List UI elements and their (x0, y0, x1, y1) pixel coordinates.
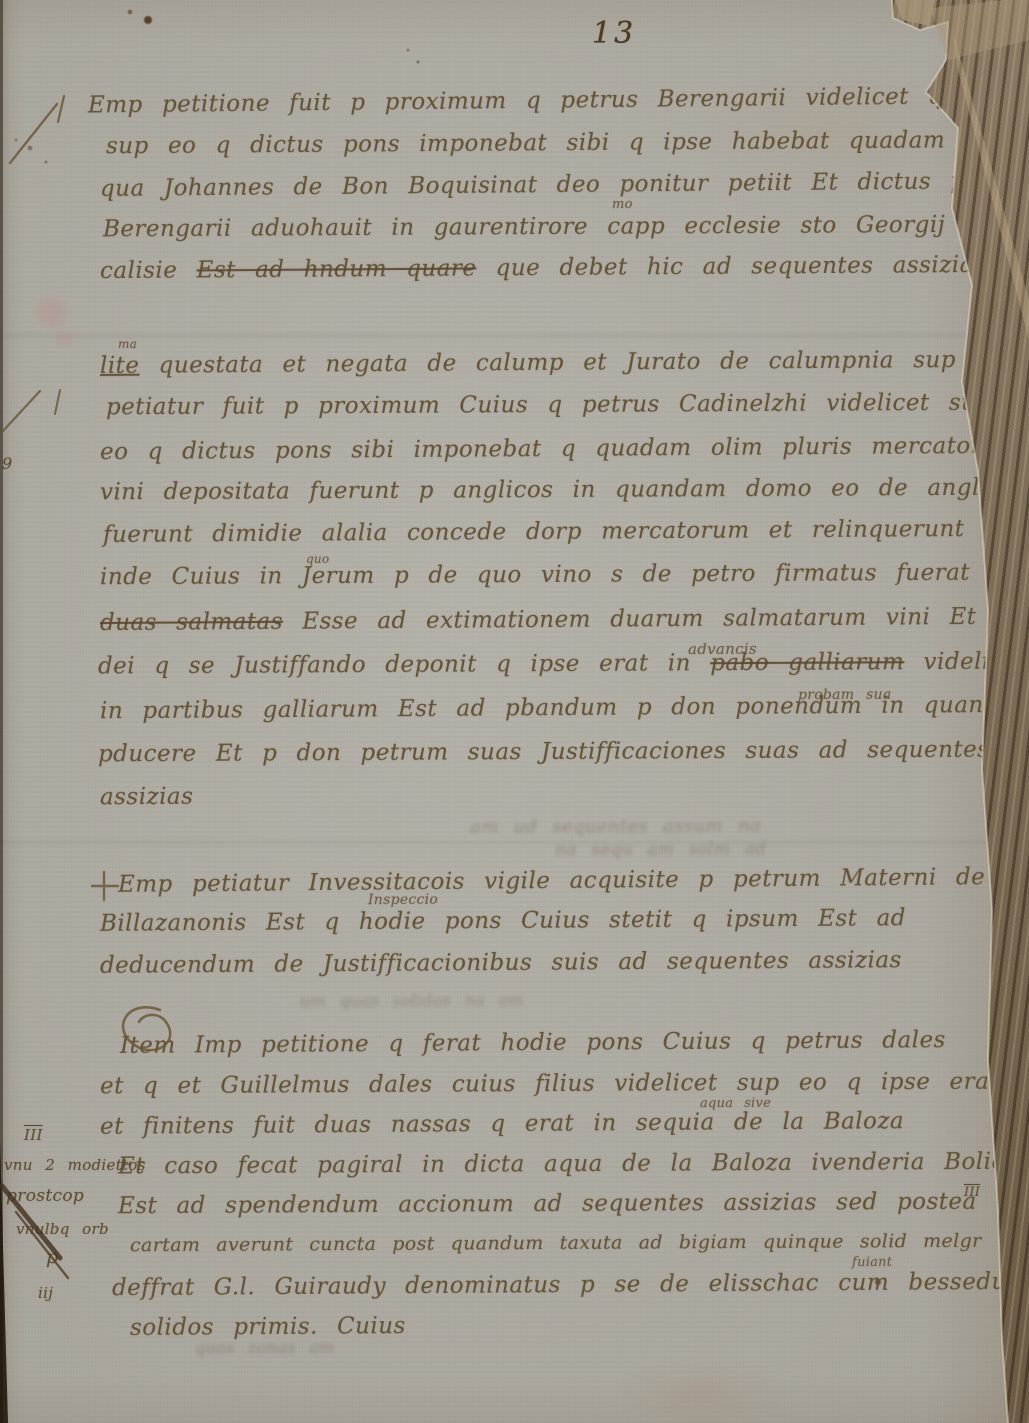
interlinear-insertion: aqua sive (700, 1097, 771, 1110)
show-through-text: am ud sequentes assum na (470, 817, 761, 837)
manuscript-line: deffrat G.l. Guiraudy denominatus p se d… (112, 1271, 1029, 1300)
interlinear-insertion: quo (306, 553, 329, 565)
manuscript-line: fuerunt dimidie alalia concede dorp merc… (103, 518, 965, 547)
manuscript-text: pducere Et p don petrum suas Justifficac… (98, 737, 990, 768)
manuscript-text: Billazanonis Est q hodie pons Cuius stet… (100, 905, 906, 937)
manuscript-line: Billazanonis Est q hodie pons Cuius stet… (100, 907, 906, 936)
manuscript-text: et finitens fuit duas nassas q erat in s… (100, 1108, 904, 1140)
manuscript-text: Esse ad extimationem duarum salmatarum v… (283, 604, 977, 635)
interlinear-insertion: ma (118, 338, 137, 350)
manuscript-line: Item Imp petitione q ferat hodie pons Cu… (120, 1029, 946, 1058)
manuscript-line: vini depositata fuerunt p anglicos in qu… (100, 477, 1015, 505)
interlinear-insertion: advancis (688, 642, 757, 657)
margin-note: iij (38, 1286, 53, 1301)
interlinear-insertion: Inspeccio (368, 893, 438, 907)
manuscript-text: Emp petitione fuit p proximum q petrus B… (88, 84, 944, 119)
manuscript-text: vini depositata fuerunt p anglicos in qu… (100, 475, 1015, 506)
manuscript-line: Emp petiatur Invessitacois vigile acquis… (118, 866, 985, 897)
margin-note: prostcop (6, 1188, 84, 1205)
margin-note: 9 (2, 456, 13, 472)
manuscript-text: Emp petiatur Invessitacois vigile acquis… (118, 864, 985, 898)
manuscript-line: dei q se Justiffando deponit q ipse erat… (98, 651, 1027, 679)
interlinear-insertion: probam sua (798, 688, 892, 702)
manuscript-line: Emp petitione fuit p proximum q petrus B… (88, 86, 943, 118)
manuscript-text: fuerunt dimidie alalia concede dorp merc… (103, 516, 965, 548)
margin-note: III (964, 1186, 980, 1199)
manuscript-line: calisie Est ad hndum quare que debet hic… (100, 254, 986, 283)
manuscript-text: cartam averunt cuncta post quandum taxut… (130, 1230, 982, 1256)
manuscript-text: petiatur fuit p proximum Cuius q petrus … (106, 390, 992, 421)
margin-note: vnu 2 modiettos (4, 1158, 146, 1173)
manuscript-line: duas salmatas Esse ad extimationem duaru… (100, 606, 977, 635)
manuscript-text: Item Imp petitione q ferat hodie pons Cu… (120, 1027, 946, 1059)
margin-note: p (46, 1248, 59, 1267)
manuscript-line: solidos primis. Cuius (130, 1315, 406, 1340)
manuscript-line: inde Cuius in Jerum p de quo vino s de p… (100, 562, 970, 590)
show-through-text: um quas solidos na am (300, 992, 524, 1009)
manuscript-text: Est ad spendendum accionum ad sequentes … (118, 1189, 977, 1219)
manuscript-text: solidos primis. Cuius (130, 1313, 406, 1341)
struck-text: duas salmatas (100, 609, 283, 636)
manuscript-photo: 13 Emp petitione fuit p proximum q petru… (0, 0, 1029, 1423)
struck-text: Est ad hndum quare (196, 255, 476, 283)
interlinear-insertion: mo (612, 198, 633, 211)
manuscript-line: lite questata et negata de calump et Jur… (100, 349, 956, 378)
manuscript-line: Berengarii aduohauit in gaurentirore cap… (103, 214, 994, 242)
manuscript-line: qua Johannes de Bon Boquisinat deo ponit… (100, 170, 1008, 201)
manuscript-text: questata et negata de calump et Jurato d… (139, 347, 956, 379)
manuscript-text: eo q dictus pons sibi imponebat q quadam… (100, 433, 1002, 465)
margin-note: vnulbq orb (16, 1222, 109, 1237)
manuscript-text: lite (100, 353, 140, 379)
page-number: 13 (592, 16, 636, 51)
manuscript-page: 13 Emp petitione fuit p proximum q petru… (0, 0, 1029, 1423)
manuscript-line: Et caso fecat pagiral in dicta aqua de l… (118, 1151, 1029, 1179)
manuscript-line: et q et Guillelmus dales cuius filius vi… (100, 1071, 999, 1099)
manuscript-line: eo q dictus pons sibi imponebat q quadam… (100, 435, 1002, 464)
show-through-text: quas zonas am (195, 1340, 335, 1357)
interlinear-insertion: fuiant (852, 1256, 892, 1269)
manuscript-text: qua Johannes de Bon Boquisinat deo ponit… (100, 168, 1008, 202)
manuscript-text: sup eo q dictus pons imponebat sibi q ip… (106, 127, 1029, 160)
manuscript-line: assizias (100, 786, 194, 810)
manuscript-text: deducendum de Justifficacionibus suis ad… (100, 947, 902, 979)
manuscript-line: Est ad spendendum accionum ad sequentes … (118, 1191, 977, 1218)
margin-note: III (24, 1128, 43, 1143)
show-through-text: na sequ am solm ad (555, 841, 766, 859)
manuscript-line: deducendum de Justifficacionibus suis ad… (100, 949, 902, 978)
manuscript-text: que debet hic ad sequentes assizias (476, 252, 986, 282)
manuscript-text: Berengarii aduohauit in gaurentirore cap… (103, 212, 994, 243)
manuscript-text: assizias (100, 784, 194, 811)
manuscript-text: inde Cuius in Jerum p de quo vino s de p… (100, 560, 970, 591)
manuscript-text: dei q se Justiffando deponit q ipse erat… (98, 650, 710, 679)
manuscript-text: Et caso fecat pagiral in dicta aqua de l… (118, 1149, 1029, 1180)
manuscript-line: petiatur fuit p proximum Cuius q petrus … (106, 392, 992, 420)
manuscript-line: et finitens fuit duas nassas q erat in s… (100, 1110, 904, 1139)
manuscript-text: deffrat G.l. Guiraudy denominatus p se d… (112, 1269, 1029, 1301)
manuscript-line: cartam averunt cuncta post quandum taxut… (130, 1232, 982, 1255)
manuscript-line: sup eo q dictus pons imponebat sibi q ip… (106, 129, 1029, 159)
manuscript-text: calisie (100, 257, 197, 284)
manuscript-text: et q et Guillelmus dales cuius filius vi… (100, 1069, 999, 1100)
manuscript-line: pducere Et p don petrum suas Justifficac… (98, 739, 990, 767)
